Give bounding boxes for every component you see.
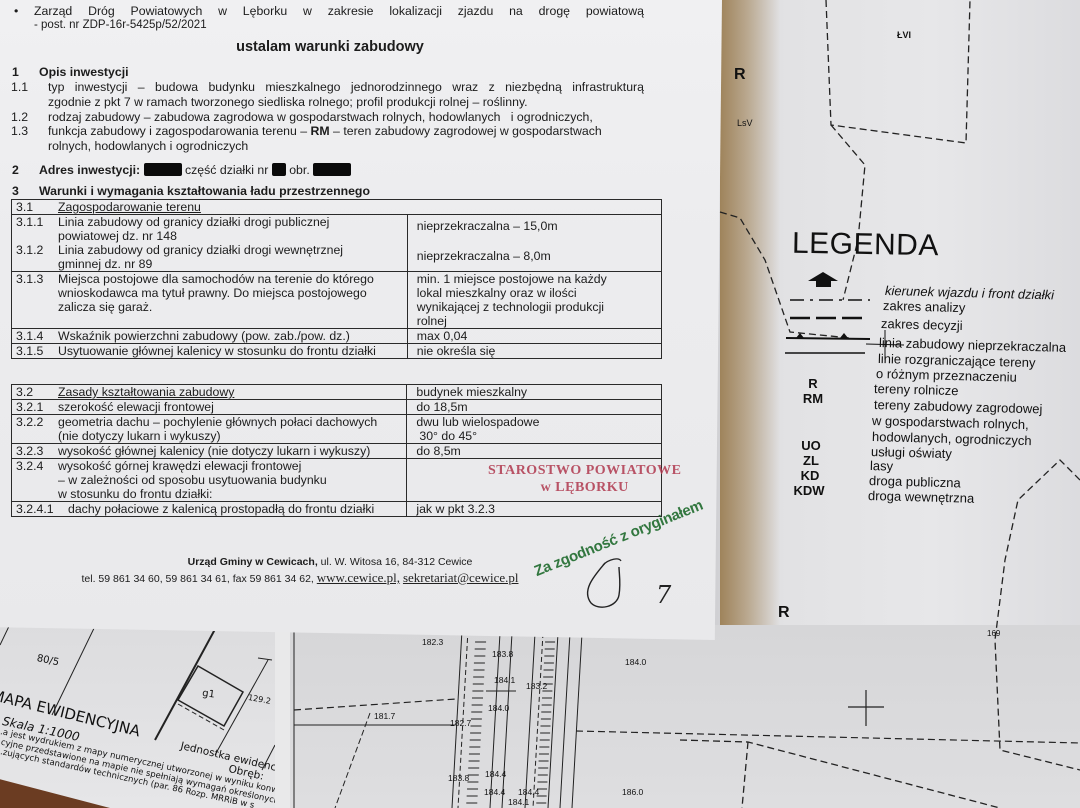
soil-class-label: LsV [737, 118, 753, 128]
item-number: 1.2 [11, 110, 28, 125]
building-label: g1 [201, 688, 215, 701]
redacted-block [272, 163, 286, 176]
parcel-number: 169 [987, 629, 1000, 638]
footer-phones: tel. 59 861 34 60, 59 861 34 61, fax 59 … [81, 573, 313, 585]
footer-org: Urząd Gminy w Cewicach, [188, 556, 318, 568]
row-number: 3.1.2 [16, 243, 58, 257]
table-row: 3.1.1Linia zabudowy od granicy działki d… [12, 215, 662, 272]
legend-code: KDW [784, 483, 834, 498]
zone-code: RM [311, 124, 330, 138]
row-desc: (nie dotyczy lukarn i wykuszy) [16, 429, 402, 443]
section-3-heading: Warunki i wymagania kształtowania ładu p… [39, 184, 370, 199]
item-text: funkcja zabudowy i zagospodarowania tere… [48, 124, 602, 139]
elevation-point: 184.4 [485, 769, 506, 779]
row-desc: w stosunku do frontu działki: [16, 487, 402, 501]
email-link[interactable]: sekretariat@cewice.pl [403, 570, 519, 585]
section-2-number: 2 [12, 163, 19, 178]
table-row: 3.2.2geometria dachu – pochylenie główny… [12, 415, 662, 444]
row-number: 3.2.1 [16, 400, 58, 414]
row-number: 3.1.4 [16, 329, 58, 343]
item-text-part: funkcja zabudowy i zagospodarowania tere… [48, 124, 311, 138]
bullet-word: Powiatowych [131, 4, 203, 19]
elevation-point: 186.0 [622, 787, 643, 797]
elevation-point: 183.8 [492, 649, 513, 659]
row-value: nieprzekraczalna – 8,0m [417, 233, 657, 263]
elevation-point: 184.0 [488, 703, 509, 713]
elevation-point: 184.1 [508, 797, 529, 807]
section-2-heading: Adres inwestycji: [39, 163, 140, 177]
paper-shadow [720, 0, 780, 640]
row-value: wynikającej z technologii produkcji [417, 300, 657, 314]
row-desc: geometria dachu – pochylenie głównych po… [58, 415, 377, 429]
row-number: 3.2 [16, 385, 58, 399]
row-desc: wysokość górnej krawędzi elewacji fronto… [58, 459, 301, 473]
bullet-word: w [218, 4, 227, 19]
row-desc: wnioskodawca ma tytuł prawny. Do miejsca… [16, 286, 403, 300]
elevation-point: 184.4 [518, 787, 539, 797]
legend-item: lasy [870, 458, 894, 474]
elevation-point: 183.2 [526, 681, 547, 691]
row-value: nieprzekraczalna – 15,0m [417, 215, 657, 233]
table-header: Zagospodarowanie terenu [58, 200, 201, 214]
legend-item: zakres analizy [883, 298, 966, 315]
bullet-word: lokalizacji [389, 4, 442, 19]
elevation-point: 184.0 [625, 657, 646, 667]
table-header-row: 3.2Zasady kształtowania zabudowy budynek… [12, 385, 662, 400]
elevation-point: 183.8 [448, 773, 469, 783]
bullet-line-1: ZarządDrógPowiatowychwLęborkuwzakresielo… [34, 4, 644, 19]
legend-item: zakres decyzji [881, 316, 963, 333]
row-number: 3.1.3 [16, 272, 58, 286]
bullet-word: Dróg [88, 4, 115, 19]
bullet-word: na [509, 4, 523, 19]
row-value: jak w pkt 3.2.3 [407, 502, 662, 517]
row-number: 3.1.5 [16, 344, 58, 358]
row-value: nie określa się [407, 344, 661, 359]
item-text: zgodnie z pkt 7 w ramach tworzonego sied… [48, 95, 528, 110]
land-use-table: 3.1Zagospodarowanie terenu 3.1.1Linia za… [11, 199, 662, 359]
item-number: 1.1 [11, 80, 28, 95]
item-text: rolnych, hodowlanych i ogrodniczych [48, 139, 248, 154]
table-row: 3.2.1szerokość elewacji frontowej do 18,… [12, 400, 662, 415]
row-desc: Wskaźnik powierzchni zabudowy (pow. zab.… [58, 329, 350, 343]
row-desc: – w zależności od sposobu usytuowania bu… [16, 473, 402, 487]
row-value: min. 1 miejsce postojowe na każdy [417, 272, 657, 286]
table-header-row: 3.1Zagospodarowanie terenu [12, 200, 662, 215]
row-desc: gminnej dz. nr 89 [16, 257, 403, 271]
address-text: obr. [289, 163, 310, 177]
bullet-icon: • [14, 4, 18, 19]
section-3-number: 3 [12, 184, 19, 199]
bullet-word: zakresie [328, 4, 374, 19]
row-desc: Linia zabudowy od granicy działki drogi … [58, 215, 398, 229]
row-number: 3.1.1 [16, 215, 58, 229]
building-rules-table: 3.2Zasady kształtowania zabudowy budynek… [11, 384, 662, 517]
row-value: 30° do 45° [416, 429, 657, 443]
legend-title: LEGENDA [792, 227, 939, 264]
legend-code: UO [786, 438, 836, 453]
zone-label-r: R [778, 604, 790, 622]
row-value: max 0,04 [407, 329, 661, 344]
table-row: 3.2.3wysokość głównej kalenicy (nie doty… [12, 444, 662, 459]
address-text: część działki nr [185, 163, 268, 177]
row-number: 3.1 [16, 200, 58, 214]
signature [575, 555, 645, 615]
bullet-word: zjazdu [458, 4, 494, 19]
item-text-part: – teren zabudowy zagrodowej w gospodarst… [330, 124, 602, 138]
row-desc: zalicza się garaż. [16, 300, 403, 314]
soil-class-label: ŁVI [897, 30, 911, 40]
footer-address: ul. W. Witosa 16, 84-312 Cewice [318, 556, 473, 568]
handwritten-page-number: 7 [656, 588, 671, 603]
website-link[interactable]: www.cewice.pl, [317, 570, 400, 585]
legend-item: droga wewnętrzna [868, 488, 975, 506]
bullet-word: powiatową [586, 4, 644, 19]
section-1-heading: Opis inwestycji [39, 65, 129, 80]
zone-label-r: R [734, 66, 746, 84]
table-row: 3.1.5Usytuowanie głównej kalenicy w stos… [12, 344, 662, 359]
row-value: do 8,5m [407, 444, 662, 459]
elevation-point: 184.4 [484, 787, 505, 797]
table-row: 3.1.3Miejsca postojowe dla samochodów na… [12, 272, 662, 329]
row-number: 3.2.4 [16, 459, 58, 473]
row-desc: szerokość elewacji frontowej [58, 400, 214, 414]
item-text: typ inwestycji – budowa budynku mieszkal… [48, 80, 644, 95]
row-value: dwu lub wielospadowe [416, 415, 657, 429]
cadastral-map-sheet: 80/5 g1 129.2 MAPA EWIDENCYJNA Skala 1:1… [0, 620, 275, 808]
office-stamp: STAROSTWO POWIATOWE w LĘBORKU [488, 462, 681, 496]
bullet-word: Lęborku [243, 4, 287, 19]
row-number: 3.2.3 [16, 444, 58, 458]
row-desc: Usytuowanie głównej kalenicy w stosunku … [58, 344, 376, 358]
topographic-map-sheet: 182.3 183.8 184.0 184.1 183.2 184.0 181.… [290, 625, 1080, 808]
bullet-word: drogę [539, 4, 570, 19]
row-value: budynek mieszkalny [407, 385, 662, 400]
bullet-word: Zarząd [34, 4, 72, 19]
legend-code: KD [785, 468, 835, 483]
row-desc: dachy połaciowe z kalenicą prostopadłą d… [68, 502, 374, 516]
table-row: 3.2.4.1dachy połaciowe z kalenicą prosto… [12, 502, 662, 517]
legend-code: RM [788, 391, 838, 406]
item-number: 1.3 [11, 124, 28, 139]
row-desc: Linia zabudowy od granicy działki drogi … [58, 243, 343, 257]
decision-document: • ZarządDrógPowiatowychwLęborkuwzakresie… [0, 0, 722, 640]
investment-address: Adres inwestycji: część działki nr obr. [39, 163, 351, 178]
row-number: 3.2.4.1 [16, 502, 68, 516]
elevation-point: 184.1 [494, 675, 515, 685]
row-desc: wysokość głównej kalenicy (nie dotyczy l… [58, 444, 370, 458]
legend-code: ZL [786, 453, 836, 468]
redacted-block [313, 163, 351, 176]
legend-item: tereny rolnicze [874, 381, 959, 398]
item-text: rodzaj zabudowy – zabudowa zagrodowa w g… [48, 110, 593, 125]
row-desc: powiatowej dz. nr 148 [16, 229, 403, 243]
row-number: 3.2.2 [16, 415, 58, 429]
elevation-point: 181.7 [374, 711, 395, 721]
row-value: rolnej [417, 314, 657, 328]
row-desc: Miejsca postojowe dla samochodów na tere… [58, 272, 374, 286]
stamp-line: w LĘBORKU [488, 479, 681, 496]
table-header: Zasady kształtowania zabudowy [58, 385, 234, 399]
table-row: 3.1.4Wskaźnik powierzchni zabudowy (pow.… [12, 329, 662, 344]
elevation-point: 182.3 [422, 637, 443, 647]
row-value: do 18,5m [407, 400, 662, 415]
bullet-word: w [303, 4, 312, 19]
redacted-block [144, 163, 182, 176]
elevation-point: 182.7 [450, 718, 471, 728]
bullet-line-2: - post. nr ZDP-16r-5425p/52/2021 [34, 18, 207, 33]
document-title: ustalam warunki zabudowy [0, 40, 660, 55]
section-1-number: 1 [12, 65, 19, 80]
legend-code: R [788, 376, 838, 391]
stamp-line: STAROSTWO POWIATOWE [488, 462, 681, 479]
row-value: lokal mieszkalny oraz w ilości [417, 286, 657, 300]
